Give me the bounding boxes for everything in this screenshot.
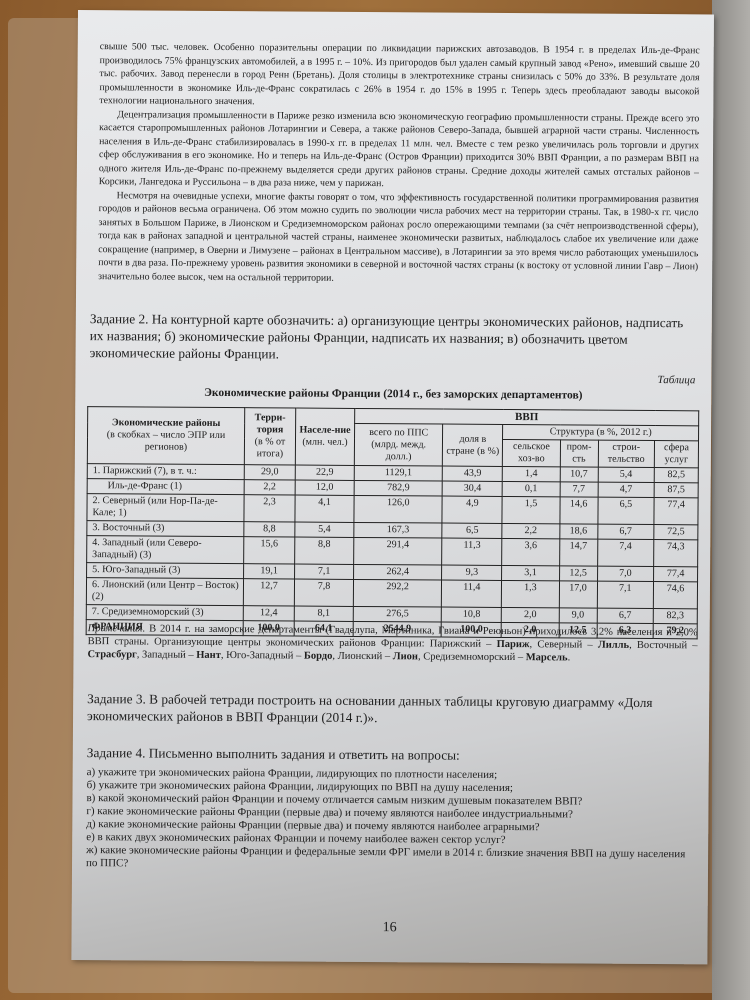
task-2-text: Задание 2. На контурной карте обозначить… <box>90 311 684 361</box>
adjacent-page-edge <box>712 0 750 1000</box>
cell-gdp-share: 43,9 <box>443 466 503 481</box>
cell-gdp-share: 9,3 <box>442 565 502 580</box>
header-population: Населе-ние (млн. чел.) <box>295 408 354 465</box>
cell-territory: 12,4 <box>243 606 294 621</box>
header-gdp-total: всего по ППС (млрд. межд. долл.) <box>354 423 443 466</box>
cell-construction: 4,7 <box>598 482 655 497</box>
document-page: свыше 500 тыс. человек. Особенно поразит… <box>71 10 714 964</box>
cell-population: 5,4 <box>295 522 354 537</box>
cell-services: 77,4 <box>654 498 698 525</box>
cell-agriculture: 2,2 <box>502 523 559 538</box>
cell-gdp-total: 167,3 <box>354 522 442 538</box>
center-city: Лилль <box>598 640 629 651</box>
cell-gdp-total: 126,0 <box>354 495 443 523</box>
cell-industry: 17,0 <box>559 581 597 608</box>
region-name: 7. Средиземноморский (3) <box>86 605 243 621</box>
cell-territory: 19,1 <box>244 564 295 579</box>
cell-population: 7,8 <box>294 579 353 606</box>
region-name: 6. Лионский (или Центр – Восток) (2) <box>86 578 243 606</box>
question-item: ж) какие экономические районы Франции и … <box>86 844 696 874</box>
cell-agriculture: 2,0 <box>502 607 559 622</box>
cell-agriculture: 0,1 <box>502 481 559 496</box>
header-structure: Структура (в %, 2012 г.) <box>503 424 699 440</box>
cell-services: 74,6 <box>653 582 697 609</box>
region-name: 3. Восточный (3) <box>87 521 244 537</box>
cell-construction: 6,7 <box>597 524 654 539</box>
cell-territory: 2,2 <box>244 480 295 495</box>
task-3: Задание 3. В рабочей тетради построить н… <box>87 690 697 728</box>
region-name: 5. Юго-Западный (3) <box>87 563 244 579</box>
cell-agriculture: 1,3 <box>502 580 559 607</box>
cell-gdp-share: 30,4 <box>442 481 502 496</box>
cell-services: 74,3 <box>654 540 698 567</box>
header-region: Экономические районы (в скобках – число … <box>87 407 244 465</box>
cell-construction: 7,1 <box>597 581 654 608</box>
cell-gdp-total: 1129,1 <box>354 465 442 481</box>
region-name: 2. Северный (или Нор-Па-де-Кале; 1) <box>87 494 244 522</box>
table-title: Экономические районы Франции (2014 г., б… <box>75 386 711 402</box>
cell-population: 22,9 <box>295 465 354 480</box>
cell-territory: 2,3 <box>244 495 295 522</box>
cell-agriculture: 1,4 <box>503 466 560 481</box>
cell-services: 72,5 <box>654 525 698 540</box>
cell-services: 87,5 <box>654 483 698 498</box>
cell-gdp-share: 11,4 <box>442 580 502 607</box>
center-city: Страсбург <box>87 649 136 660</box>
table-label: Таблица <box>657 374 695 386</box>
cell-industry: 7,7 <box>560 482 598 497</box>
table-body: 1. Парижский (7), в т. ч.:29,022,91129,1… <box>86 464 698 639</box>
paragraph: Несмотря на очевидные успехи, многие фак… <box>98 189 699 288</box>
cell-industry: 18,6 <box>559 524 597 539</box>
center-city: Марсель <box>526 652 568 663</box>
paragraph: Децентрализация промышленности в Париже … <box>99 108 700 193</box>
regions-table: Экономические районы (в скобках – число … <box>86 406 700 639</box>
table-row: 6. Лионский (или Центр – Восток) (2)12,7… <box>86 578 697 609</box>
cell-gdp-share: 11,3 <box>442 538 502 565</box>
page-number: 16 <box>72 918 708 938</box>
task-4-text: Задание 4. Письменно выполнить задания и… <box>87 745 460 763</box>
cell-construction: 6,7 <box>597 608 654 623</box>
cell-population: 4,1 <box>295 495 354 522</box>
cell-construction: 6,5 <box>597 497 654 524</box>
cell-construction: 7,0 <box>597 566 654 581</box>
cell-gdp-total: 276,5 <box>353 606 441 622</box>
center-city: Париж <box>497 639 530 650</box>
cell-services: 82,3 <box>653 609 697 624</box>
cell-industry: 14,7 <box>559 539 597 566</box>
cell-territory: 15,6 <box>244 537 295 564</box>
center-city: Нант <box>196 650 221 661</box>
cell-services: 77,4 <box>654 567 698 582</box>
cell-construction: 7,4 <box>597 539 654 566</box>
region-name: 4. Западный (или Северо-Западный) (3) <box>87 536 244 564</box>
header-construction: строи-тельство <box>598 440 655 467</box>
cell-territory: 29,0 <box>244 465 295 480</box>
cell-industry: 12,5 <box>559 566 597 581</box>
header-services: сфера услуг <box>654 441 698 468</box>
cell-industry: 9,0 <box>559 608 597 623</box>
task-4: Задание 4. Письменно выполнить задания и… <box>87 744 697 765</box>
questions-list: а) укажите три экономических района Фран… <box>86 766 697 874</box>
cell-population: 12,0 <box>295 480 354 495</box>
header-industry: пром-сть <box>560 440 598 467</box>
cell-gdp-share: 4,9 <box>442 496 502 523</box>
cell-agriculture: 3,1 <box>502 565 559 580</box>
notes-lead: Примечания. <box>88 623 146 634</box>
cell-industry: 14,6 <box>560 497 598 524</box>
cell-population: 7,1 <box>295 564 354 579</box>
cell-industry: 10,7 <box>560 467 598 482</box>
cell-territory: 12,7 <box>243 579 294 606</box>
region-name: 1. Парижский (7), в т. ч.: <box>87 464 244 480</box>
center-city: Бордо <box>304 651 333 662</box>
task-3-text: Задание 3. В рабочей тетради построить н… <box>87 691 653 725</box>
cell-population: 8,1 <box>294 606 353 621</box>
header-territory: Терри-тория (в % от итога) <box>244 408 295 465</box>
cell-gdp-total: 292,2 <box>353 579 442 607</box>
table-notes: Примечания. В 2014 г. на заморские депар… <box>87 622 697 665</box>
cell-population: 8,8 <box>295 537 354 564</box>
cell-services: 82,5 <box>654 468 698 483</box>
header-gdp-share: доля в стране (в %) <box>443 424 503 466</box>
cell-agriculture: 3,6 <box>502 538 559 565</box>
center-city: Лион <box>393 651 418 662</box>
cell-gdp-total: 262,4 <box>354 564 442 580</box>
table-row: 2. Северный (или Нор-Па-де-Кале; 1)2,34,… <box>87 494 698 525</box>
intro-text: свыше 500 тыс. человек. Особенно поразит… <box>98 40 700 287</box>
header-agriculture: сельское хоз-во <box>503 439 560 466</box>
cell-territory: 8,8 <box>244 522 295 537</box>
cell-gdp-share: 10,8 <box>442 607 502 622</box>
cell-gdp-total: 782,9 <box>354 480 442 496</box>
cell-construction: 5,4 <box>598 467 655 482</box>
table-row: 4. Западный (или Северо-Западный) (3)15,… <box>87 536 698 567</box>
cell-gdp-total: 291,4 <box>354 537 443 565</box>
task-2: Задание 2. На контурной карте обозначить… <box>90 310 700 365</box>
region-name: Иль-де-Франс (1) <box>87 479 244 495</box>
notes-text: В 2014 г. на заморские департаменты (Гва… <box>87 623 697 663</box>
cell-gdp-share: 6,5 <box>442 523 502 538</box>
paragraph: свыше 500 тыс. человек. Особенно поразит… <box>99 40 699 112</box>
cell-agriculture: 1,5 <box>502 496 559 523</box>
